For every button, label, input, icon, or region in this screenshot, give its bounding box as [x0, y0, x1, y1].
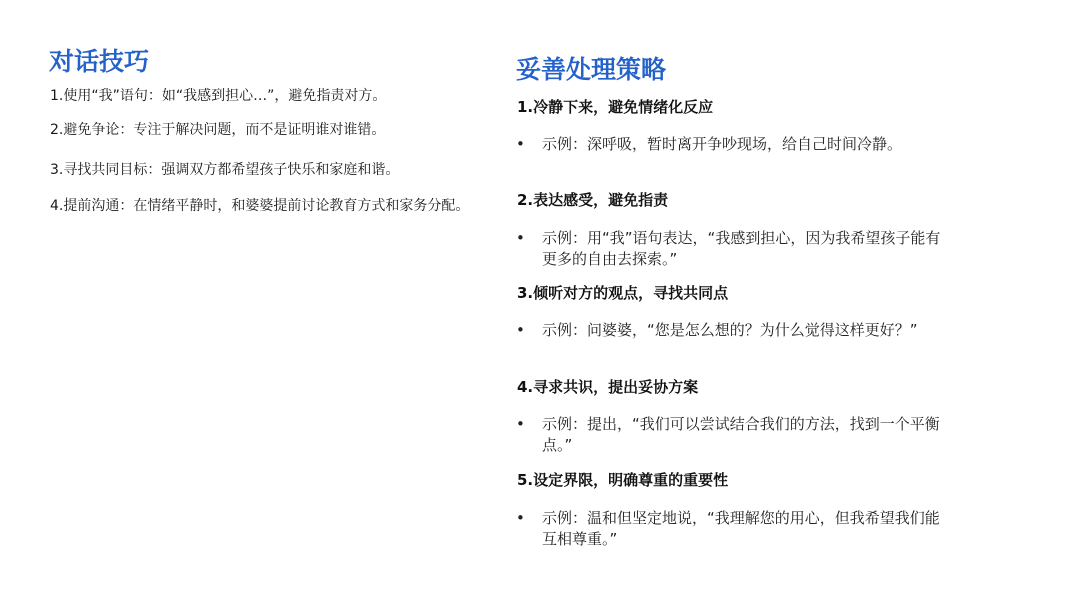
bullet-icon: • [516, 320, 525, 341]
list-item: 2.避免争论：专注于解决问题，而不是证明谁对谁错。 [50, 122, 480, 138]
example-text: 示例：深呼吸，暂时离开争吵现场，给自己时间冷静。 [542, 134, 942, 155]
bullet-icon: • [516, 508, 525, 529]
list-item: 4.提前沟通：在情绪平静时，和婆婆提前讨论教育方式和家务分配。 [50, 198, 480, 214]
list-item: 3.寻找共同目标：强调双方都希望孩子快乐和家庭和谐。 [50, 162, 480, 178]
bullet-icon: • [516, 414, 525, 435]
strategy-heading: 3.倾听对方的观点，寻找共同点 [517, 282, 728, 303]
strategy-heading: 1.冷静下来，避免情绪化反应 [517, 96, 713, 117]
bullet-icon: • [516, 134, 525, 155]
list-item: 1.使用“我”语句：如“我感到担心…”，避免指责对方。 [50, 88, 480, 104]
strategy-heading: 4.寻求共识，提出妥协方案 [517, 376, 698, 397]
section-title-strategies: 妥善处理策略 [516, 50, 666, 86]
example-text: 示例：问婆婆，“您是怎么想的？为什么觉得这样更好？” [542, 320, 942, 341]
strategy-heading: 5.设定界限，明确尊重的重要性 [517, 469, 728, 490]
strategy-heading: 2.表达感受，避免指责 [517, 189, 668, 210]
bullet-icon: • [516, 228, 525, 249]
example-text: 示例：提出，“我们可以尝试结合我们的方法，找到一个平衡点。” [542, 414, 942, 456]
example-text: 示例：用“我”语句表达，“我感到担心，因为我希望孩子能有更多的自由去探索。” [542, 228, 942, 270]
section-title-dialogue-skills: 对话技巧 [49, 42, 149, 78]
example-text: 示例：温和但坚定地说，“我理解您的用心，但我希望我们能互相尊重。” [542, 508, 942, 550]
